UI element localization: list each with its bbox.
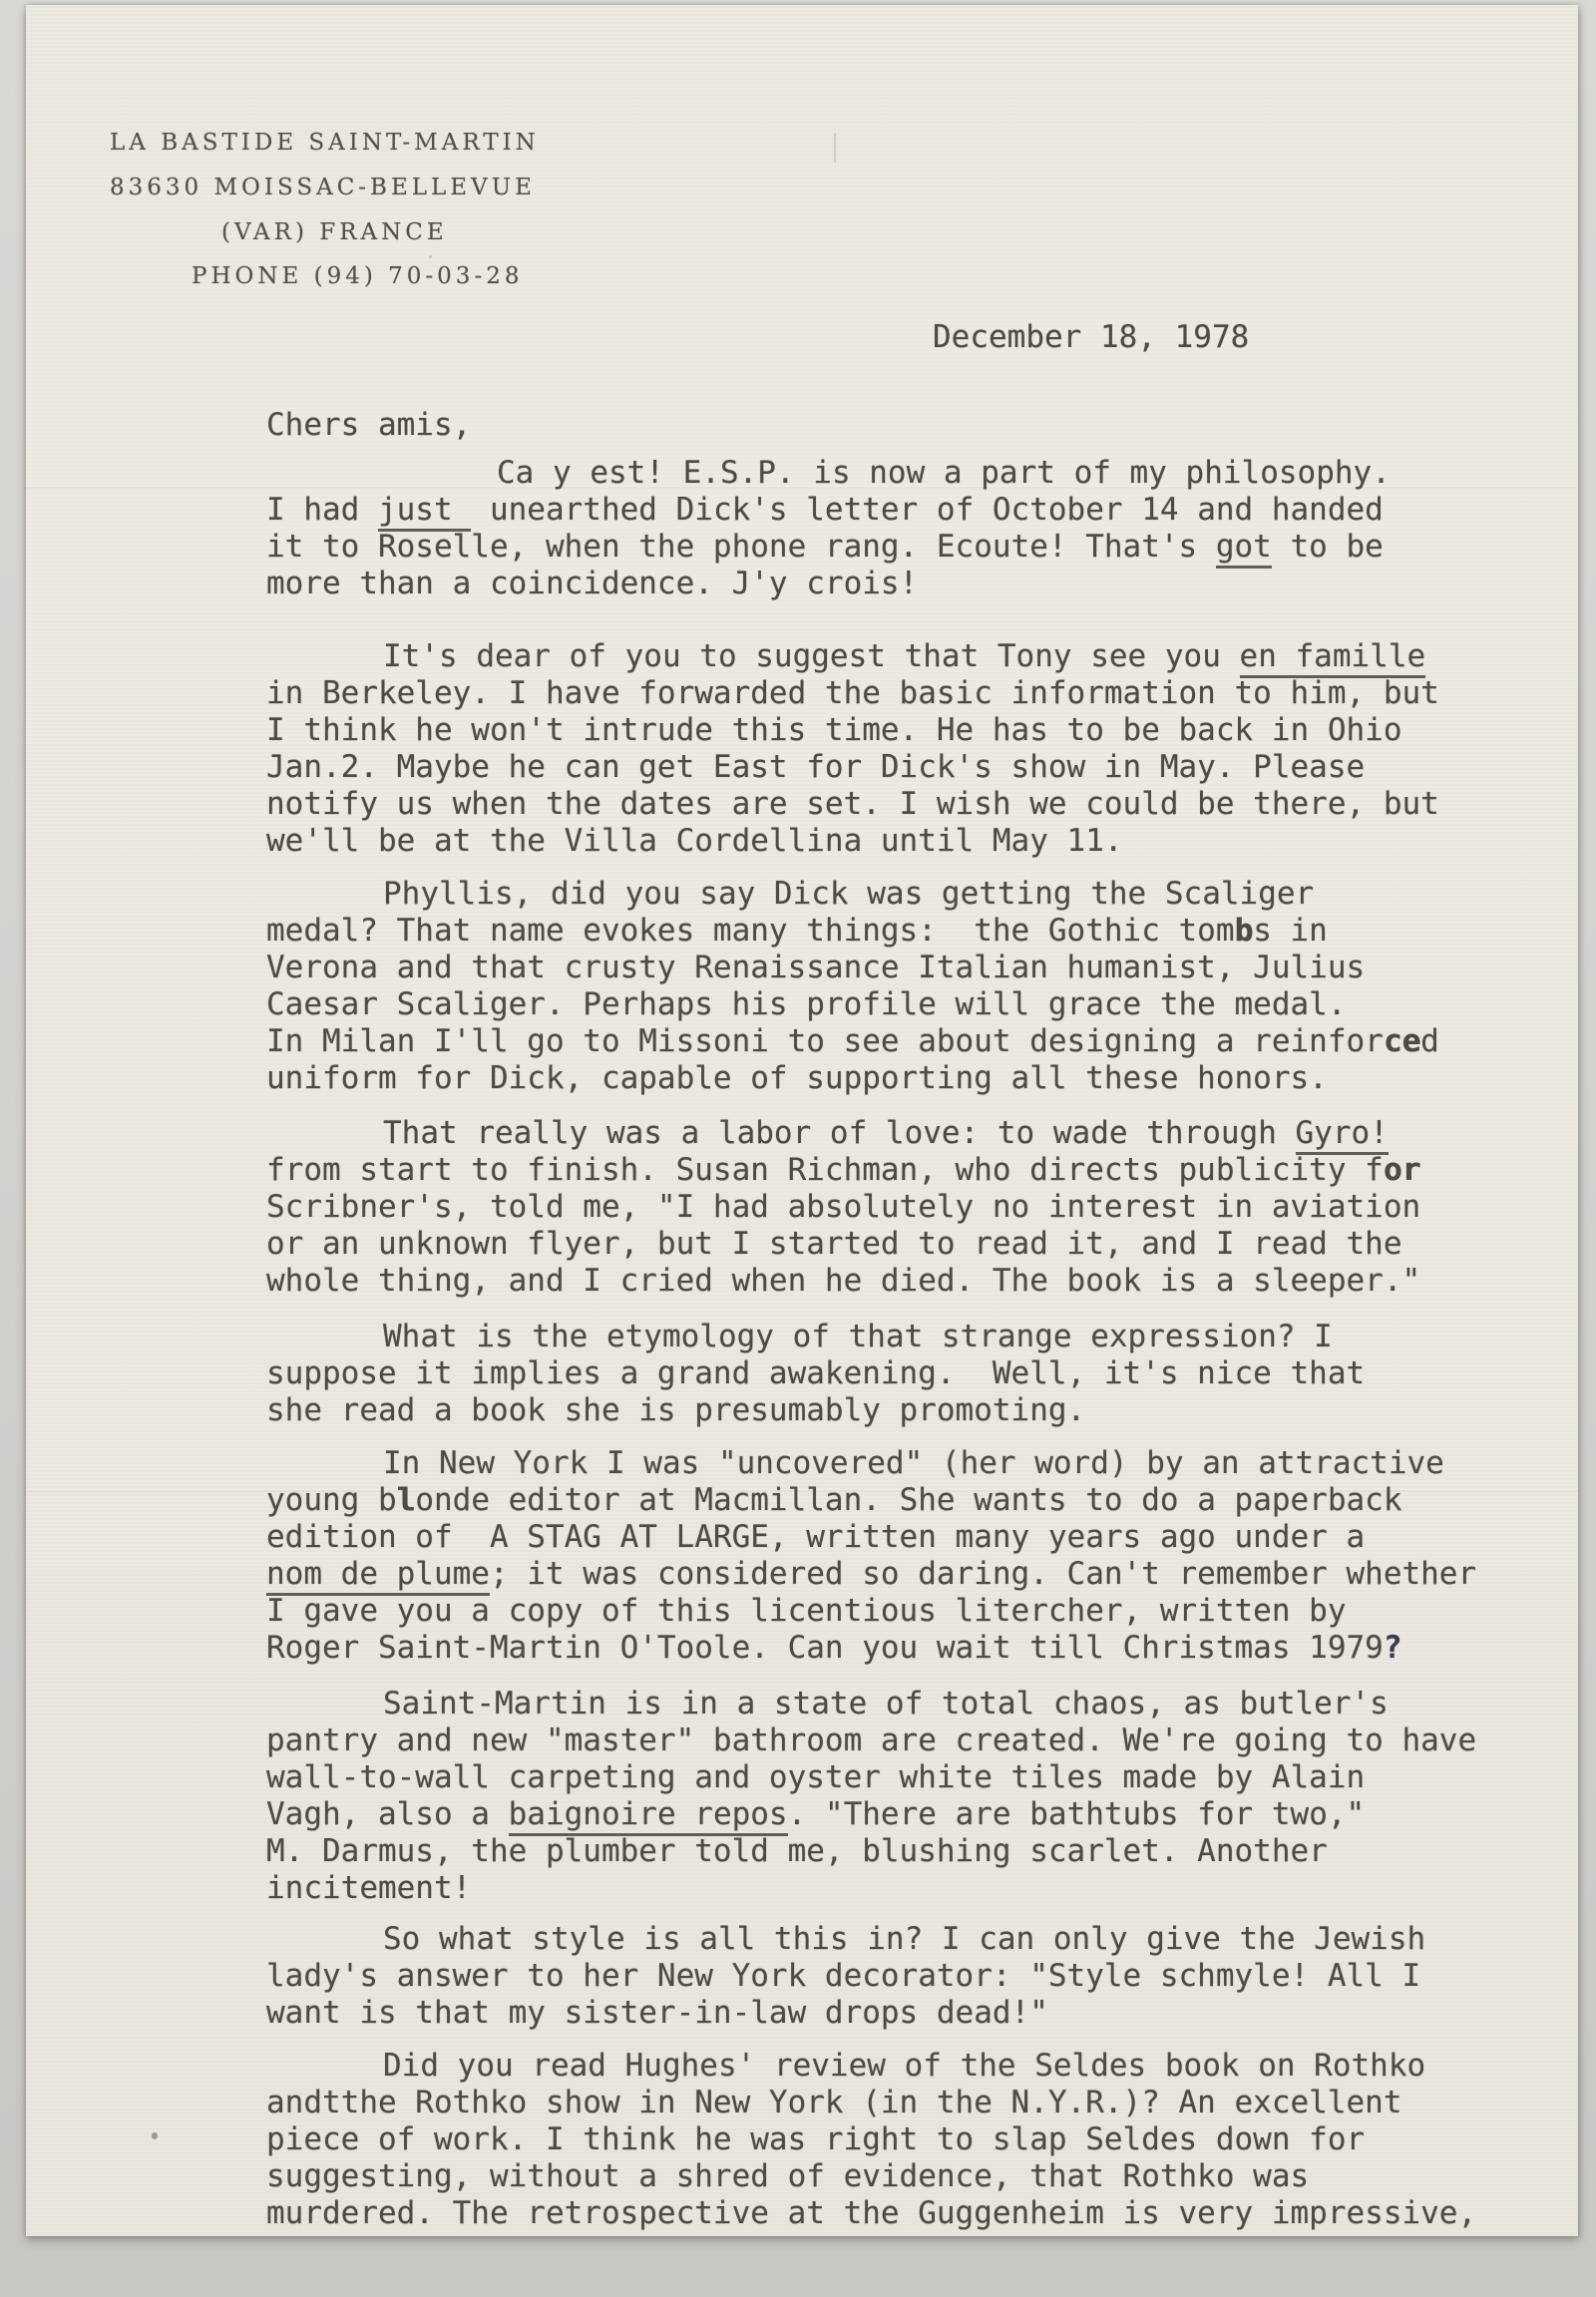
- letter-line: edition of A STAG AT LARGE, written many…: [266, 1519, 1476, 1556]
- letter-line: So what style is all this in? I can only…: [266, 1921, 1425, 1958]
- ink-speck: [429, 255, 432, 258]
- letter-line: Verona and that crusty Renaissance Itali…: [266, 950, 1439, 986]
- letter-line: or an unknown flyer, but I started to re…: [266, 1226, 1420, 1263]
- paragraph: Phyllis, did you say Dick was getting th…: [266, 876, 1439, 1097]
- paragraph: It's dear of you to suggest that Tony se…: [266, 638, 1439, 860]
- paragraph: That really was a labor of love: to wade…: [266, 1115, 1420, 1300]
- paragraph: Saint-Martin is in a state of total chao…: [266, 1686, 1476, 1907]
- letter-line: Caesar Scaliger. Perhaps his profile wil…: [266, 986, 1439, 1023]
- letter-line: she read a book she is presumably promot…: [266, 1392, 1365, 1429]
- letter-line: What is the etymology of that strange ex…: [266, 1319, 1365, 1355]
- letter-line: Vagh, also a baignoire repos. "There are…: [266, 1796, 1476, 1833]
- letter-line: wall-to-wall carpeting and oyster white …: [266, 1759, 1476, 1796]
- letter-line: That really was a labor of love: to wade…: [266, 1115, 1420, 1152]
- letter-line: andtthe Rothko show in New York (in the …: [266, 2085, 1476, 2121]
- letter-line: In New York I was "uncovered" (her word)…: [266, 1445, 1476, 1482]
- letterhead-region: (VAR) FRANCE: [221, 219, 448, 245]
- letter-line: Ca y est! E.S.P. is now a part of my phi…: [266, 455, 1391, 492]
- letter-line: whole thing, and I cried when he died. T…: [266, 1263, 1420, 1300]
- letter-line: we'll be at the Villa Cordellina until M…: [266, 823, 1439, 860]
- letterhead-phone: PHONE (94) 70-03-28: [192, 263, 523, 289]
- paragraph: In New York I was "uncovered" (her word)…: [266, 1445, 1476, 1667]
- letter-body: Chers amis, Ca y est! E.S.P. is now a pa…: [266, 407, 1543, 2242]
- paper-scratch: [834, 133, 836, 163]
- letter-line: Roger Saint-Martin O'Toole. Can you wait…: [266, 1630, 1476, 1667]
- letter-line: I think he won't intrude this time. He h…: [266, 712, 1439, 749]
- letter-line: suggesting, without a shred of evidence,…: [266, 2158, 1476, 2195]
- letter-line: uniform for Dick, capable of supporting …: [266, 1060, 1439, 1097]
- letter-line: from start to finish. Susan Richman, who…: [266, 1152, 1420, 1189]
- letter-line: more than a coincidence. J'y crois!: [266, 566, 1391, 602]
- letter-line: notify us when the dates are set. I wish…: [266, 786, 1439, 823]
- letter-line: Scribner's, told me, "I had absolutely n…: [266, 1189, 1420, 1226]
- letter-line: piece of work. I think he was right to s…: [266, 2121, 1476, 2158]
- letter-line: Did you read Hughes' review of the Selde…: [266, 2048, 1476, 2085]
- letter-line: Jan.2. Maybe he can get East for Dick's …: [266, 749, 1439, 786]
- letter-line: Saint-Martin is in a state of total chao…: [266, 1686, 1476, 1723]
- paragraph: What is the etymology of that strange ex…: [266, 1319, 1365, 1429]
- letter-line: it to Roselle, when the phone rang. Ecou…: [266, 529, 1391, 566]
- ink-speck: [152, 2132, 158, 2139]
- scanned-letter-page: LA BASTIDE SAINT-MARTIN 83630 MOISSAC-BE…: [0, 0, 1596, 2297]
- paragraph: Did you read Hughes' review of the Selde…: [266, 2048, 1476, 2232]
- paragraph: So what style is all this in? I can only…: [266, 1921, 1425, 2032]
- letter-line: want is that my sister-in-law drops dead…: [266, 1995, 1425, 2032]
- letter-line: nom de plume; it was considered so darin…: [266, 1556, 1476, 1593]
- letterhead-address: 83630 MOISSAC-BELLEVUE: [110, 175, 536, 200]
- letter-line: I gave you a copy of this licentious lit…: [266, 1593, 1476, 1630]
- letter-line: Phyllis, did you say Dick was getting th…: [266, 876, 1439, 913]
- letter-line: pantry and new "master" bathroom are cre…: [266, 1723, 1476, 1759]
- salutation: Chers amis,: [266, 407, 471, 444]
- handwritten-question-mark: ?: [1384, 1630, 1402, 1666]
- letter-line: medal? That name evokes many things: the…: [266, 913, 1439, 950]
- letter-line: in Berkeley. I have forwarded the basic …: [266, 675, 1439, 712]
- letter-line: In Milan I'll go to Missoni to see about…: [266, 1023, 1439, 1060]
- letter-line: suppose it implies a grand awakening. We…: [266, 1355, 1365, 1392]
- letter-line: young blonde editor at Macmillan. She wa…: [266, 1482, 1476, 1519]
- paragraph: Ca y est! E.S.P. is now a part of my phi…: [266, 455, 1391, 602]
- letter-line: I had just unearthed Dick's letter of Oc…: [266, 492, 1391, 529]
- letter-line: murdered. The retrospective at the Gugge…: [266, 2195, 1476, 2232]
- letter-line: M. Darmus, the plumber told me, blushing…: [266, 1833, 1476, 1870]
- letter-line: incitement!: [266, 1870, 1476, 1907]
- letter-line: It's dear of you to suggest that Tony se…: [266, 638, 1439, 675]
- letter-line: lady's answer to her New York decorator:…: [266, 1958, 1425, 1995]
- letterhead-name: LA BASTIDE SAINT-MARTIN: [110, 130, 540, 156]
- letter-date: December 18, 1978: [933, 319, 1249, 356]
